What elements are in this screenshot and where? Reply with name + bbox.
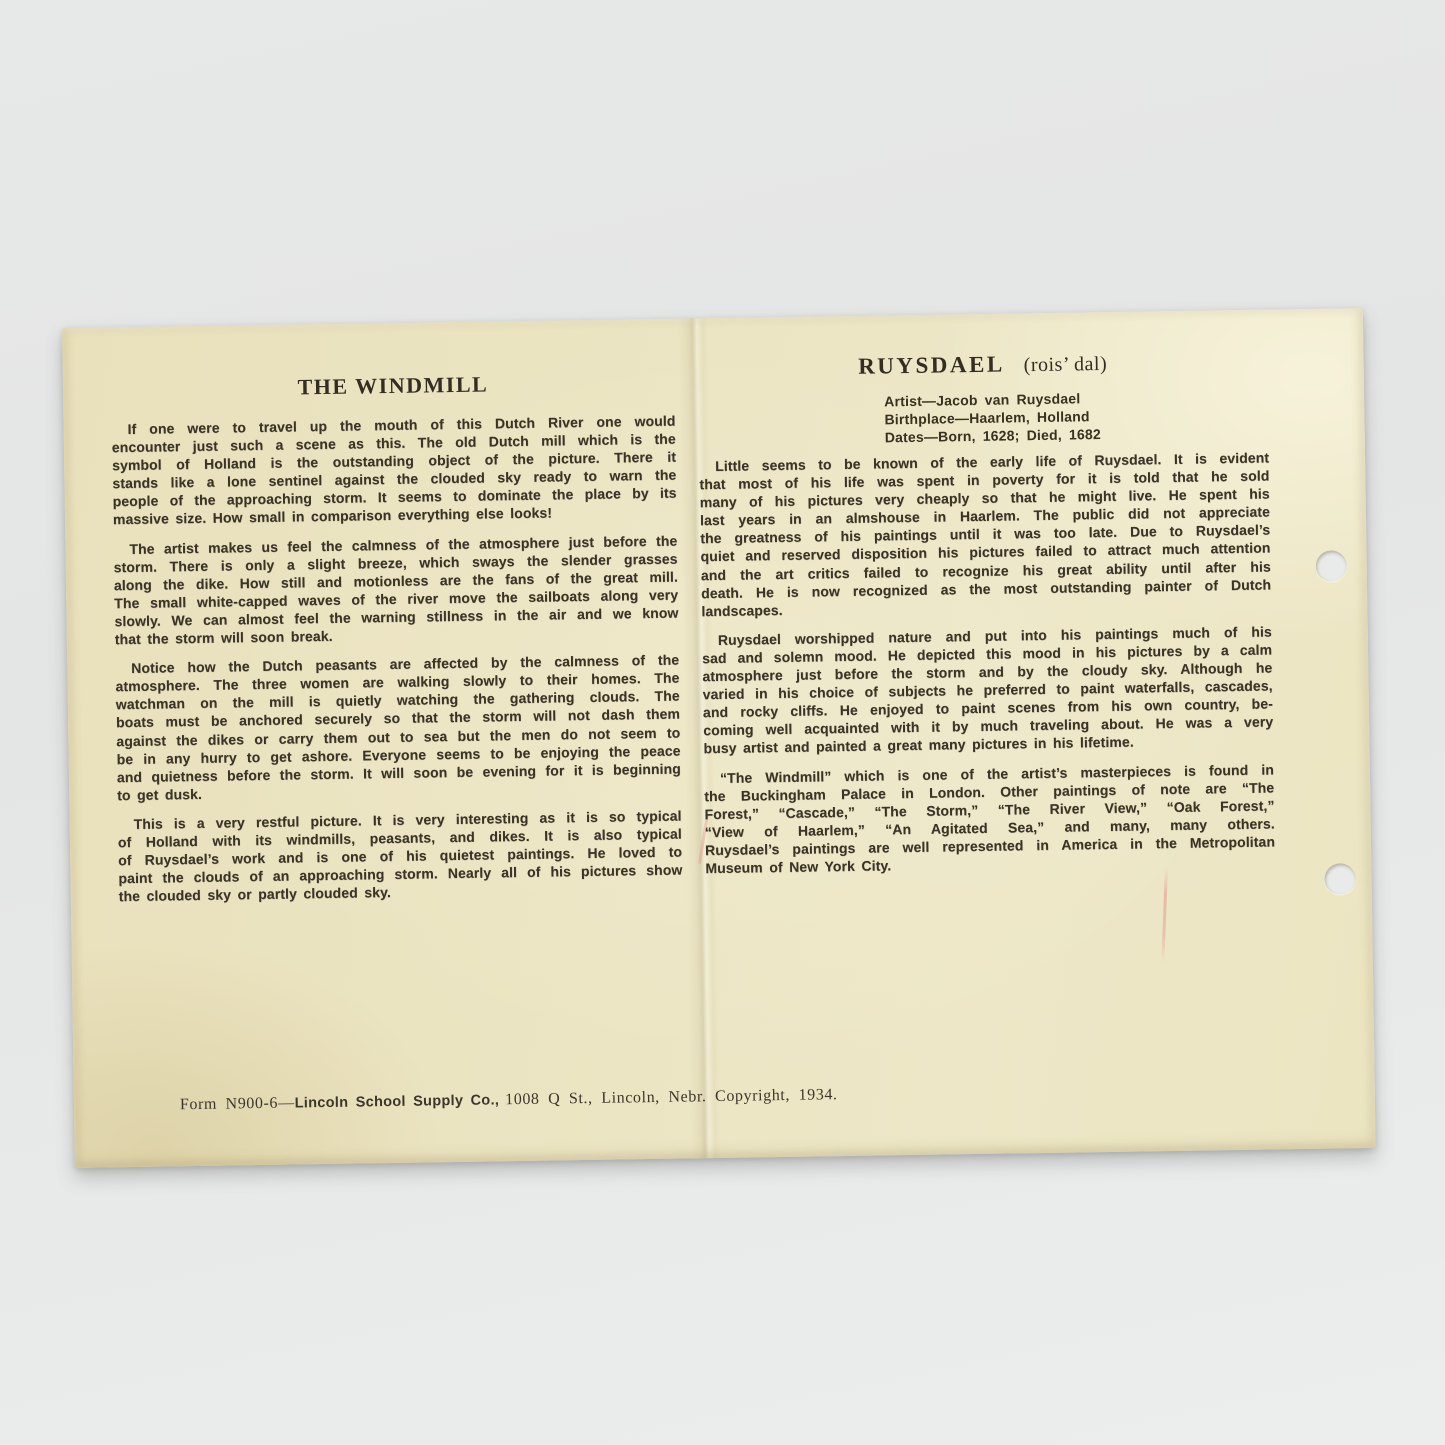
paragraph: Notice how the Dutch peasants are affect… [115,651,681,804]
page-title: THE WINDMILL [111,369,675,404]
paragraph: The artist makes us feel the calmness of… [113,531,679,648]
artist-pronunciation: (rois’ dal) [1024,353,1108,376]
paragraph: Ruysdael worshipped nature and put into … [702,622,1274,757]
leaflet-paper: THE WINDMILL If one were to travel up th… [62,308,1376,1168]
artist-meta-block: Artist—Jacob van RuysdaelBirthplace—Haar… [884,386,1269,446]
paragraph: Little seems to be known of the early li… [699,448,1271,620]
publisher-name: Lincoln School Supply Co., [295,1092,500,1111]
paragraph: If one were to travel up the mouth of th… [111,412,677,529]
footer-imprint: Form N900-6—Lincoln School Supply Co.,10… [180,1086,838,1114]
punch-hole-bottom [1324,863,1355,894]
publisher-address: 1008 Q St., Lincoln, Nebr. Copyright, 19… [505,1086,838,1108]
left-column: THE WINDMILL If one were to travel up th… [111,369,683,917]
artist-name: RUYSDAEL [858,352,1004,379]
form-number: Form N900-6— [180,1095,295,1114]
punch-hole-top [1316,550,1347,581]
paragraph: “The Windmill” which is one of the artis… [704,760,1276,877]
artist-title: RUYSDAEL (rois’ dal) [698,347,1268,383]
paragraph: This is a very restful picture. It is ve… [117,806,682,905]
right-column: RUYSDAEL (rois’ dal) Artist—Jacob van Ru… [698,347,1276,888]
photo-background: THE WINDMILL If one were to travel up th… [0,0,1445,1445]
pink-pencil-mark [1161,867,1168,963]
